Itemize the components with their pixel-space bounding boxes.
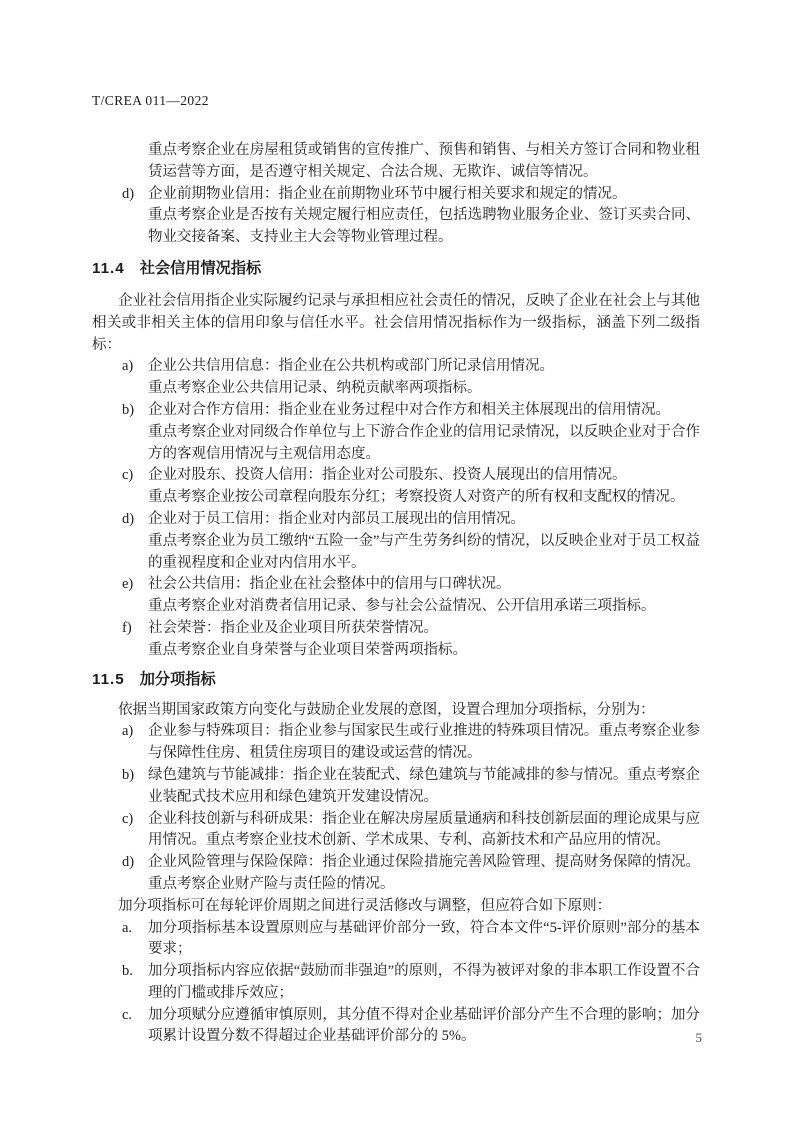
section-heading-11-5: 11.5 加分项指标 [92, 670, 700, 690]
list-marker: b) [122, 400, 134, 422]
section-intro-11-5: 依据当期国家政策方向变化与鼓励企业发展的意图，设置合理加分项指标，分别为： [92, 700, 700, 722]
section-intro-11-4: 企业社会信用指企业实际履约记录与承担相应社会责任的情况，反映了企业在社会上与其他… [92, 291, 700, 356]
list-item-note: 重点考察企业自身荣誉与企业项目荣誉两项指标。 [148, 640, 700, 662]
list-item-text: 企业对于员工信用：指企业对内部员工展现出的信用情况。 [148, 509, 700, 531]
list-item-note: 重点考察企业按公司章程向股东分红；考察投资人对资产的所有权和支配权的情况。 [148, 487, 700, 509]
list-item-text: 社会公共信用：指企业在社会整体中的信用与口碑状况。 [148, 574, 700, 596]
list-item-text: 绿色建筑与节能减排：指企业在装配式、绿色建筑与节能减排的参与情况。重点考察企业装… [148, 765, 700, 809]
list-item-text: 企业风险管理与保险保障：指企业通过保险措施完善风险管理、提高财务保障的情况。重点… [148, 852, 700, 896]
page-number: 5 [696, 1030, 703, 1046]
list-item-d-prelude: d) 企业前期物业信用：指企业在前期物业环节中履行相关要求和规定的情况。 重点考… [92, 184, 700, 249]
list-marker: a) [122, 721, 133, 743]
list-item-text: 企业科技创新与科研成果：指企业在解决房屋质量通病和科技创新层面的理论成果与应用情… [148, 809, 700, 853]
list-item-text: 企业对股东、投资人信用：指企业对公司股东、投资人展现出的信用情况。 [148, 465, 700, 487]
list-item-a: a) 企业公共信用信息：指企业在公共机构或部门所记录信用情况。 重点考察企业公共… [92, 356, 700, 400]
list-marker: c) [122, 809, 133, 831]
rule-item-text: 加分项赋分应遵循审慎原则，其分值不得对企业基础评价部分产生不合理的影响；加分项累… [148, 1005, 700, 1049]
bonus-item-a: a) 企业参与特殊项目：指企业参与国家民生或行业推进的特殊项目情况。重点考察企业… [92, 721, 700, 765]
section-title: 加分项指标 [140, 670, 216, 690]
document-page: T/CREA 011—2022 重点考察企业在房屋租赁或销售的宣传推广、预售和销… [0, 0, 794, 1123]
list-item-c: c) 企业对股东、投资人信用：指企业对公司股东、投资人展现出的信用情况。 重点考… [92, 465, 700, 509]
section-number: 11.5 [92, 670, 125, 690]
section-title: 社会信用情况指标 [140, 259, 262, 279]
rule-item-text: 加分项指标内容应依据“鼓励而非强迫”的原则，不得为被评对象的非本职工作设置不合理… [148, 961, 700, 1005]
list-item-text: 企业对合作方信用：指企业在业务过程中对合作方和相关主体展现出的信用情况。 [148, 400, 700, 422]
list-item-text: 企业参与特殊项目：指企业参与国家民生或行业推进的特殊项目情况。重点考察企业参与保… [148, 721, 700, 765]
list-item-note: 重点考察企业为员工缴纳“五险一金”与产生劳务纠纷的情况，以反映企业对于员工权益的… [148, 531, 700, 575]
list-marker: d) [122, 184, 134, 206]
bonus-item-c: c) 企业科技创新与科研成果：指企业在解决房屋质量通病和科技创新层面的理论成果与… [92, 809, 700, 853]
list-marker: a) [122, 356, 133, 378]
list-item-note: 重点考察企业对消费者信用记录、参与社会公益情况、公开信用承诺三项指标。 [148, 596, 700, 618]
list-marker: d) [122, 509, 134, 531]
list-item-note: 重点考察企业是否按有关规定履行相应责任，包括选聘物业服务企业、签订买卖合同、物业… [148, 205, 700, 249]
list-marker: c. [122, 1005, 132, 1027]
prelude-note: 重点考察企业在房屋租赁或销售的宣传推广、预售和销售、与相关方签订合同和物业租赁运… [92, 140, 700, 184]
list-marker: f) [122, 618, 132, 640]
list-item-note: 重点考察企业对同级合作单位与上下游合作企业的信用记录情况，以反映企业对于合作方的… [148, 422, 700, 466]
list-item-text: 企业公共信用信息：指企业在公共机构或部门所记录信用情况。 [148, 356, 700, 378]
list-item-b: b) 企业对合作方信用：指企业在业务过程中对合作方和相关主体展现出的信用情况。 … [92, 400, 700, 465]
section-heading-11-4: 11.4 社会信用情况指标 [92, 259, 700, 279]
rule-item-b: b. 加分项指标内容应依据“鼓励而非强迫”的原则，不得为被评对象的非本职工作设置… [92, 961, 700, 1005]
list-marker: a. [122, 918, 132, 940]
rule-item-a: a. 加分项指标基本设置原则应与基础评价部分一致，符合本文件“5-评价原则”部分… [92, 918, 700, 962]
bonus-item-b: b) 绿色建筑与节能减排：指企业在装配式、绿色建筑与节能减排的参与情况。重点考察… [92, 765, 700, 809]
rule-item-c: c. 加分项赋分应遵循审慎原则，其分值不得对企业基础评价部分产生不合理的影响；加… [92, 1005, 700, 1049]
list-item-e: e) 社会公共信用：指企业在社会整体中的信用与口碑状况。 重点考察企业对消费者信… [92, 574, 700, 618]
rule-item-text: 加分项指标基本设置原则应与基础评价部分一致，符合本文件“5-评价原则”部分的基本… [148, 918, 700, 962]
list-item-text: 企业前期物业信用：指企业在前期物业环节中履行相关要求和规定的情况。 [148, 184, 700, 206]
rules-intro: 加分项指标可在每轮评价周期之间进行灵活修改与调整，但应符合如下原则： [92, 896, 700, 918]
list-marker: b. [122, 961, 133, 983]
list-marker: d) [122, 852, 134, 874]
list-item-d: d) 企业对于员工信用：指企业对内部员工展现出的信用情况。 重点考察企业为员工缴… [92, 509, 700, 574]
list-marker: c) [122, 465, 133, 487]
list-item-f: f) 社会荣誉：指企业及企业项目所获荣誉情况。 重点考察企业自身荣誉与企业项目荣… [92, 618, 700, 662]
list-marker: b) [122, 765, 134, 787]
list-item-note: 重点考察企业公共信用记录、纳税贡献率两项指标。 [148, 378, 700, 400]
list-marker: e) [122, 574, 133, 596]
document-content: 重点考察企业在房屋租赁或销售的宣传推广、预售和销售、与相关方签订合同和物业租赁运… [92, 140, 700, 1048]
section-number: 11.4 [92, 259, 125, 279]
list-item-text: 社会荣誉：指企业及企业项目所获荣誉情况。 [148, 618, 700, 640]
bonus-item-d: d) 企业风险管理与保险保障：指企业通过保险措施完善风险管理、提高财务保障的情况… [92, 852, 700, 896]
document-code-header: T/CREA 011—2022 [92, 93, 209, 109]
